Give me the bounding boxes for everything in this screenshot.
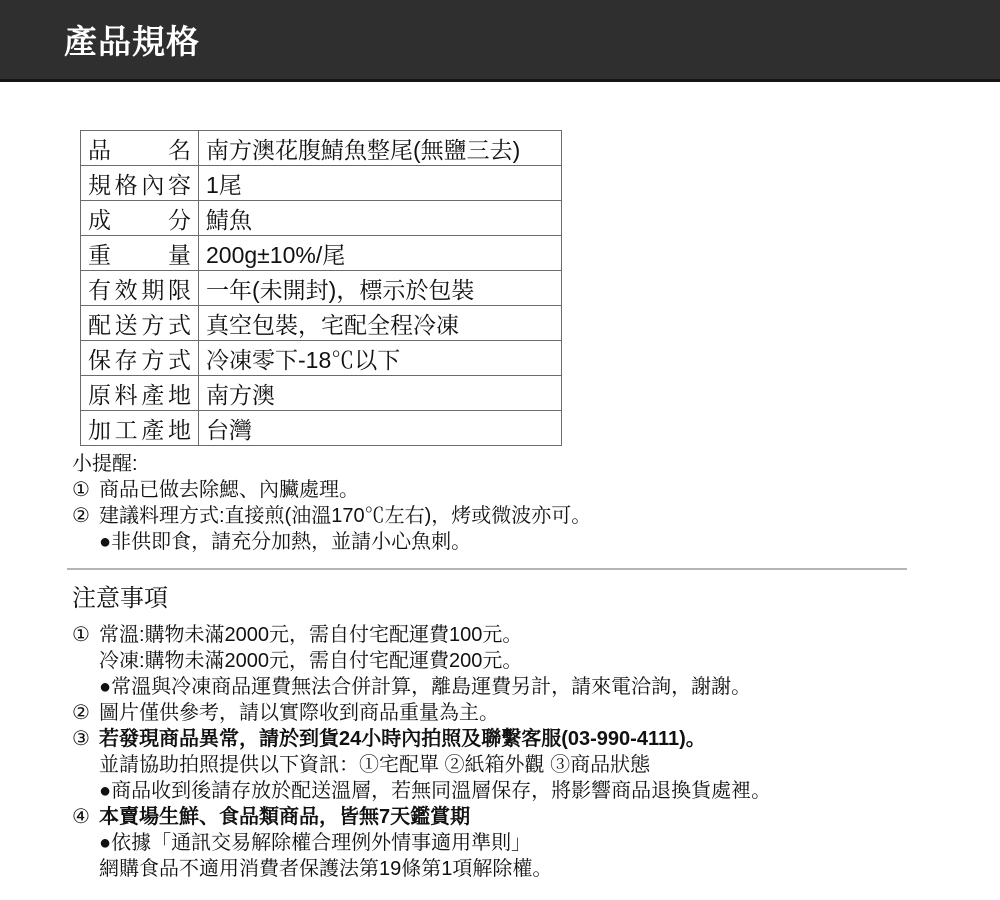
item-text: ●商品收到後請存放於配送溫層，若無同溫層保存，將影響商品退換貨處裡。 (99, 780, 771, 802)
notice-line: ●依據「通訊交易解除權合理例外情事適用準則」 (72, 830, 1000, 856)
spec-label: 加工產地 (88, 412, 191, 445)
reminder-line: ●非供即食，請充分加熱，並請小心魚刺。 (72, 529, 1000, 555)
spec-label-cell: 品名 (81, 131, 199, 166)
spec-label-cell: 成分 (81, 201, 199, 236)
item-text: ●非供即食，請充分加熱，並請小心魚刺。 (99, 531, 471, 553)
spec-label-cell: 配送方式 (81, 306, 199, 341)
notice-line: 冷凍:購物未滿2000元，需自付宅配運費200元。 (72, 648, 1000, 674)
table-row: 原料產地 南方澳 (81, 376, 562, 411)
item-text: 常溫:購物未滿2000元，需自付宅配運費100元。 (99, 624, 522, 646)
table-row: 配送方式 真空包裝，宅配全程冷凍 (81, 306, 562, 341)
table-row: 規格內容 1尾 (81, 166, 562, 201)
item-text: 商品已做去除鰓、內臟處理。 (99, 479, 359, 501)
spec-value: 鯖魚 (199, 201, 562, 236)
table-row: 品名 南方澳花腹鯖魚整尾(無鹽三去) (81, 131, 562, 166)
spec-label: 成分 (88, 202, 191, 235)
item-text: ●依據「通訊交易解除權合理例外情事適用準則」 (99, 832, 531, 854)
item-text: ●常溫與冷凍商品運費無法合併計算，離島運費另計，請來電洽詢，謝謝。 (99, 676, 751, 698)
notice-line: ④本賣場生鮮、食品類商品，皆無7天鑑賞期 (72, 804, 1000, 830)
item-marker: ① (72, 622, 99, 648)
notice-line: 並請協助拍照提供以下資訊：①宅配單 ②紙箱外觀 ③商品狀態 (72, 752, 1000, 778)
spec-value: 南方澳 (199, 376, 562, 411)
spec-label-cell: 重量 (81, 236, 199, 271)
spec-label: 原料產地 (88, 377, 191, 410)
table-row: 加工產地 台灣 (81, 411, 562, 446)
spec-value: 南方澳花腹鯖魚整尾(無鹽三去) (199, 131, 562, 166)
spec-label-cell: 原料產地 (81, 376, 199, 411)
item-text: 若發現商品異常，請於到貨24小時內拍照及聯繫客服(03-990-4111)。 (99, 728, 706, 750)
item-text: 冷凍:購物未滿2000元，需自付宅配運費200元。 (99, 650, 522, 672)
item-marker: ③ (72, 726, 99, 752)
notice-line: ●商品收到後請存放於配送溫層，若無同溫層保存，將影響商品退換貨處裡。 (72, 778, 1000, 804)
item-text: 網購食品不適用消費者保護法第19條第1項解除權。 (99, 858, 552, 880)
table-row: 重量 200g±10%/尾 (81, 236, 562, 271)
section-divider (67, 568, 907, 570)
reminder-line: ①商品已做去除鰓、內臟處理。 (72, 477, 1000, 503)
spec-label: 規格內容 (88, 167, 191, 200)
item-marker: ① (72, 477, 99, 503)
spec-label: 保存方式 (88, 342, 191, 375)
page-header: 產品規格 (0, 0, 1000, 82)
item-text: 建議料理方式:直接煎(油溫170℃左右)，烤或微波亦可。 (99, 505, 591, 527)
notice-line: 網購食品不適用消費者保護法第19條第1項解除權。 (72, 856, 1000, 882)
reminder-section: 小提醒: ①商品已做去除鰓、內臟處理。 ②建議料理方式:直接煎(油溫170℃左右… (72, 451, 1000, 555)
spec-value: 200g±10%/尾 (199, 236, 562, 271)
spec-label-cell: 保存方式 (81, 341, 199, 376)
notice-section: ①常溫:購物未滿2000元，需自付宅配運費100元。 冷凍:購物未滿2000元，… (72, 622, 1000, 882)
spec-value: 一年(未開封)，標示於包裝 (199, 271, 562, 306)
main-content: 品名 南方澳花腹鯖魚整尾(無鹽三去) 規格內容 1尾 成分 鯖魚 重量 200g… (0, 82, 1000, 882)
page-title: 產品規格 (64, 16, 200, 63)
spec-label: 有效期限 (88, 272, 191, 305)
item-text: 並請協助拍照提供以下資訊：①宅配單 ②紙箱外觀 ③商品狀態 (99, 754, 650, 776)
notice-line: ①常溫:購物未滿2000元，需自付宅配運費100元。 (72, 622, 1000, 648)
spec-value: 台灣 (199, 411, 562, 446)
spec-value: 冷凍零下-18℃以下 (199, 341, 562, 376)
spec-label-cell: 有效期限 (81, 271, 199, 306)
item-marker: ② (72, 700, 99, 726)
item-text: 本賣場生鮮、食品類商品，皆無7天鑑賞期 (99, 806, 470, 828)
spec-label: 品名 (88, 132, 191, 165)
table-row: 成分 鯖魚 (81, 201, 562, 236)
spec-label-cell: 規格內容 (81, 166, 199, 201)
notice-heading: 注意事項 (72, 578, 1000, 613)
notice-line: ●常溫與冷凍商品運費無法合併計算，離島運費另計，請來電洽詢，謝謝。 (72, 674, 1000, 700)
table-row: 保存方式 冷凍零下-18℃以下 (81, 341, 562, 376)
notice-line: ③若發現商品異常，請於到貨24小時內拍照及聯繫客服(03-990-4111)。 (72, 726, 1000, 752)
spec-value: 真空包裝，宅配全程冷凍 (199, 306, 562, 341)
spec-label: 配送方式 (88, 307, 191, 340)
table-row: 有效期限 一年(未開封)，標示於包裝 (81, 271, 562, 306)
spec-label-cell: 加工產地 (81, 411, 199, 446)
reminder-title: 小提醒: (72, 451, 1000, 477)
item-marker: ② (72, 503, 99, 529)
spec-label: 重量 (88, 237, 191, 270)
item-marker: ④ (72, 804, 99, 830)
reminder-line: ②建議料理方式:直接煎(油溫170℃左右)，烤或微波亦可。 (72, 503, 1000, 529)
spec-value: 1尾 (199, 166, 562, 201)
notice-line: ②圖片僅供參考，請以實際收到商品重量為主。 (72, 700, 1000, 726)
spec-table: 品名 南方澳花腹鯖魚整尾(無鹽三去) 規格內容 1尾 成分 鯖魚 重量 200g… (80, 130, 562, 446)
item-text: 圖片僅供參考，請以實際收到商品重量為主。 (99, 702, 499, 724)
